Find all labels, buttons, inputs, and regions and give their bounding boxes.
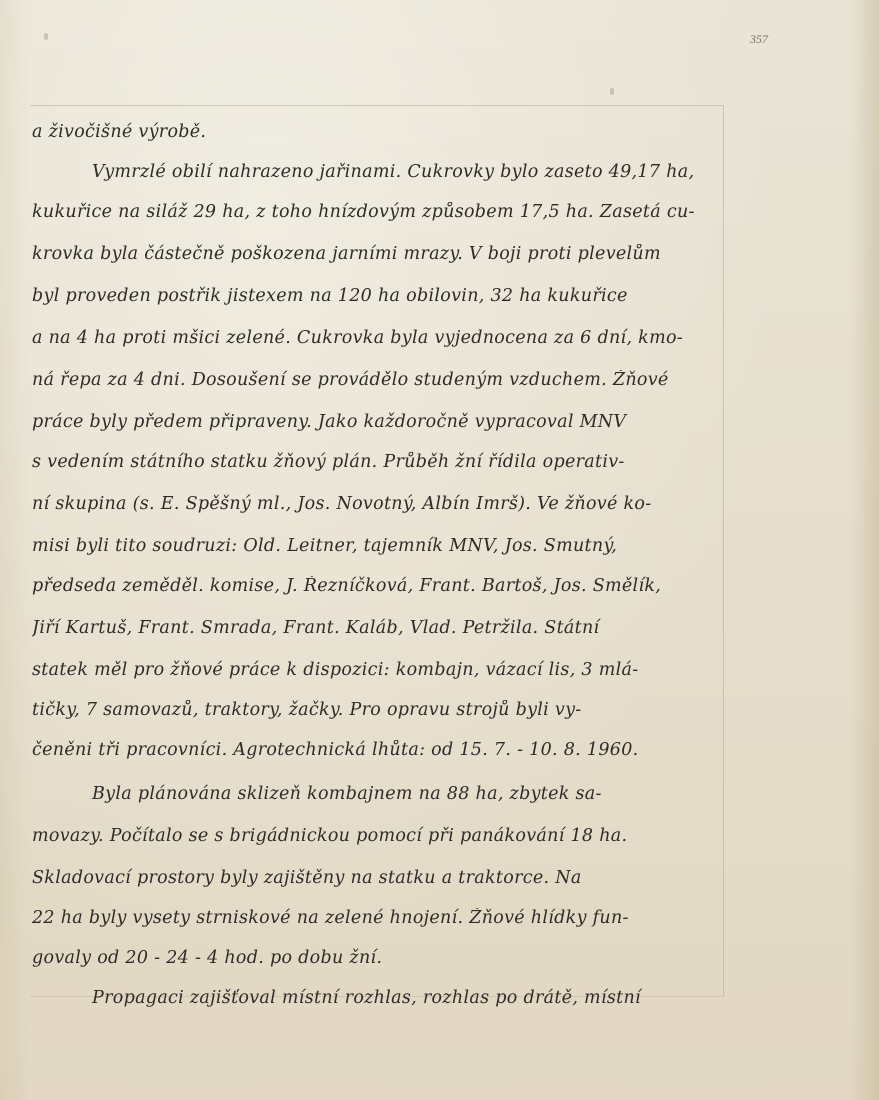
text-line: Vymrzlé obilí nahrazeno jařinami. Cukrov…	[32, 162, 722, 192]
text-line: govaly od 20 - 24 - 4 hod. po dobu žní.	[32, 948, 722, 978]
text-line: Propagaci zajišťoval místní rozhlas, roz…	[32, 988, 722, 1018]
text-line: statek měl pro žňové práce k dispozici: …	[32, 660, 722, 690]
text-line: ní skupina (s. E. Spěšný ml., Jos. Novot…	[32, 494, 722, 524]
text-line: čeněni tři pracovníci. Agrotechnická lhů…	[32, 740, 722, 770]
text-line: práce byly předem připraveny. Jako každo…	[32, 412, 722, 442]
text-line: s vedením státního statku žňový plán. Pr…	[32, 452, 722, 482]
text-line: krovka byla částečně poškozena jarními m…	[32, 244, 722, 274]
text-line: a na 4 ha proti mšici zelené. Cukrovka b…	[32, 328, 722, 358]
paper-smudge	[610, 88, 614, 95]
paper-smudge	[44, 33, 48, 40]
text-line: misi byli tito soudruzi: Old. Leitner, t…	[32, 536, 722, 566]
text-line: byl proveden postřik jistexem na 120 ha …	[32, 286, 722, 316]
text-line: předseda zeměděl. komise, J. Řezníčková,…	[32, 576, 722, 606]
text-line: ná řepa za 4 dni. Dosoušení se provádělo…	[32, 370, 722, 400]
text-line: Byla plánována sklizeň kombajnem na 88 h…	[32, 784, 722, 814]
text-line: kukuřice na siláž 29 ha, z toho hnízdový…	[32, 202, 722, 232]
page-number: 357	[750, 32, 768, 47]
text-line: movazy. Počítalo se s brigádnickou pomoc…	[32, 826, 722, 856]
text-line: Jiří Kartuš, Frant. Smrada, Frant. Kaláb…	[32, 618, 722, 648]
text-line: Skladovací prostory byly zajištěny na st…	[32, 868, 722, 898]
text-line: a živočišné výrobě.	[32, 122, 722, 152]
text-line: tičky, 7 samovazů, traktory, žačky. Pro …	[32, 700, 722, 730]
text-line: 22 ha byly vysety strniskové na zelené h…	[32, 908, 722, 938]
